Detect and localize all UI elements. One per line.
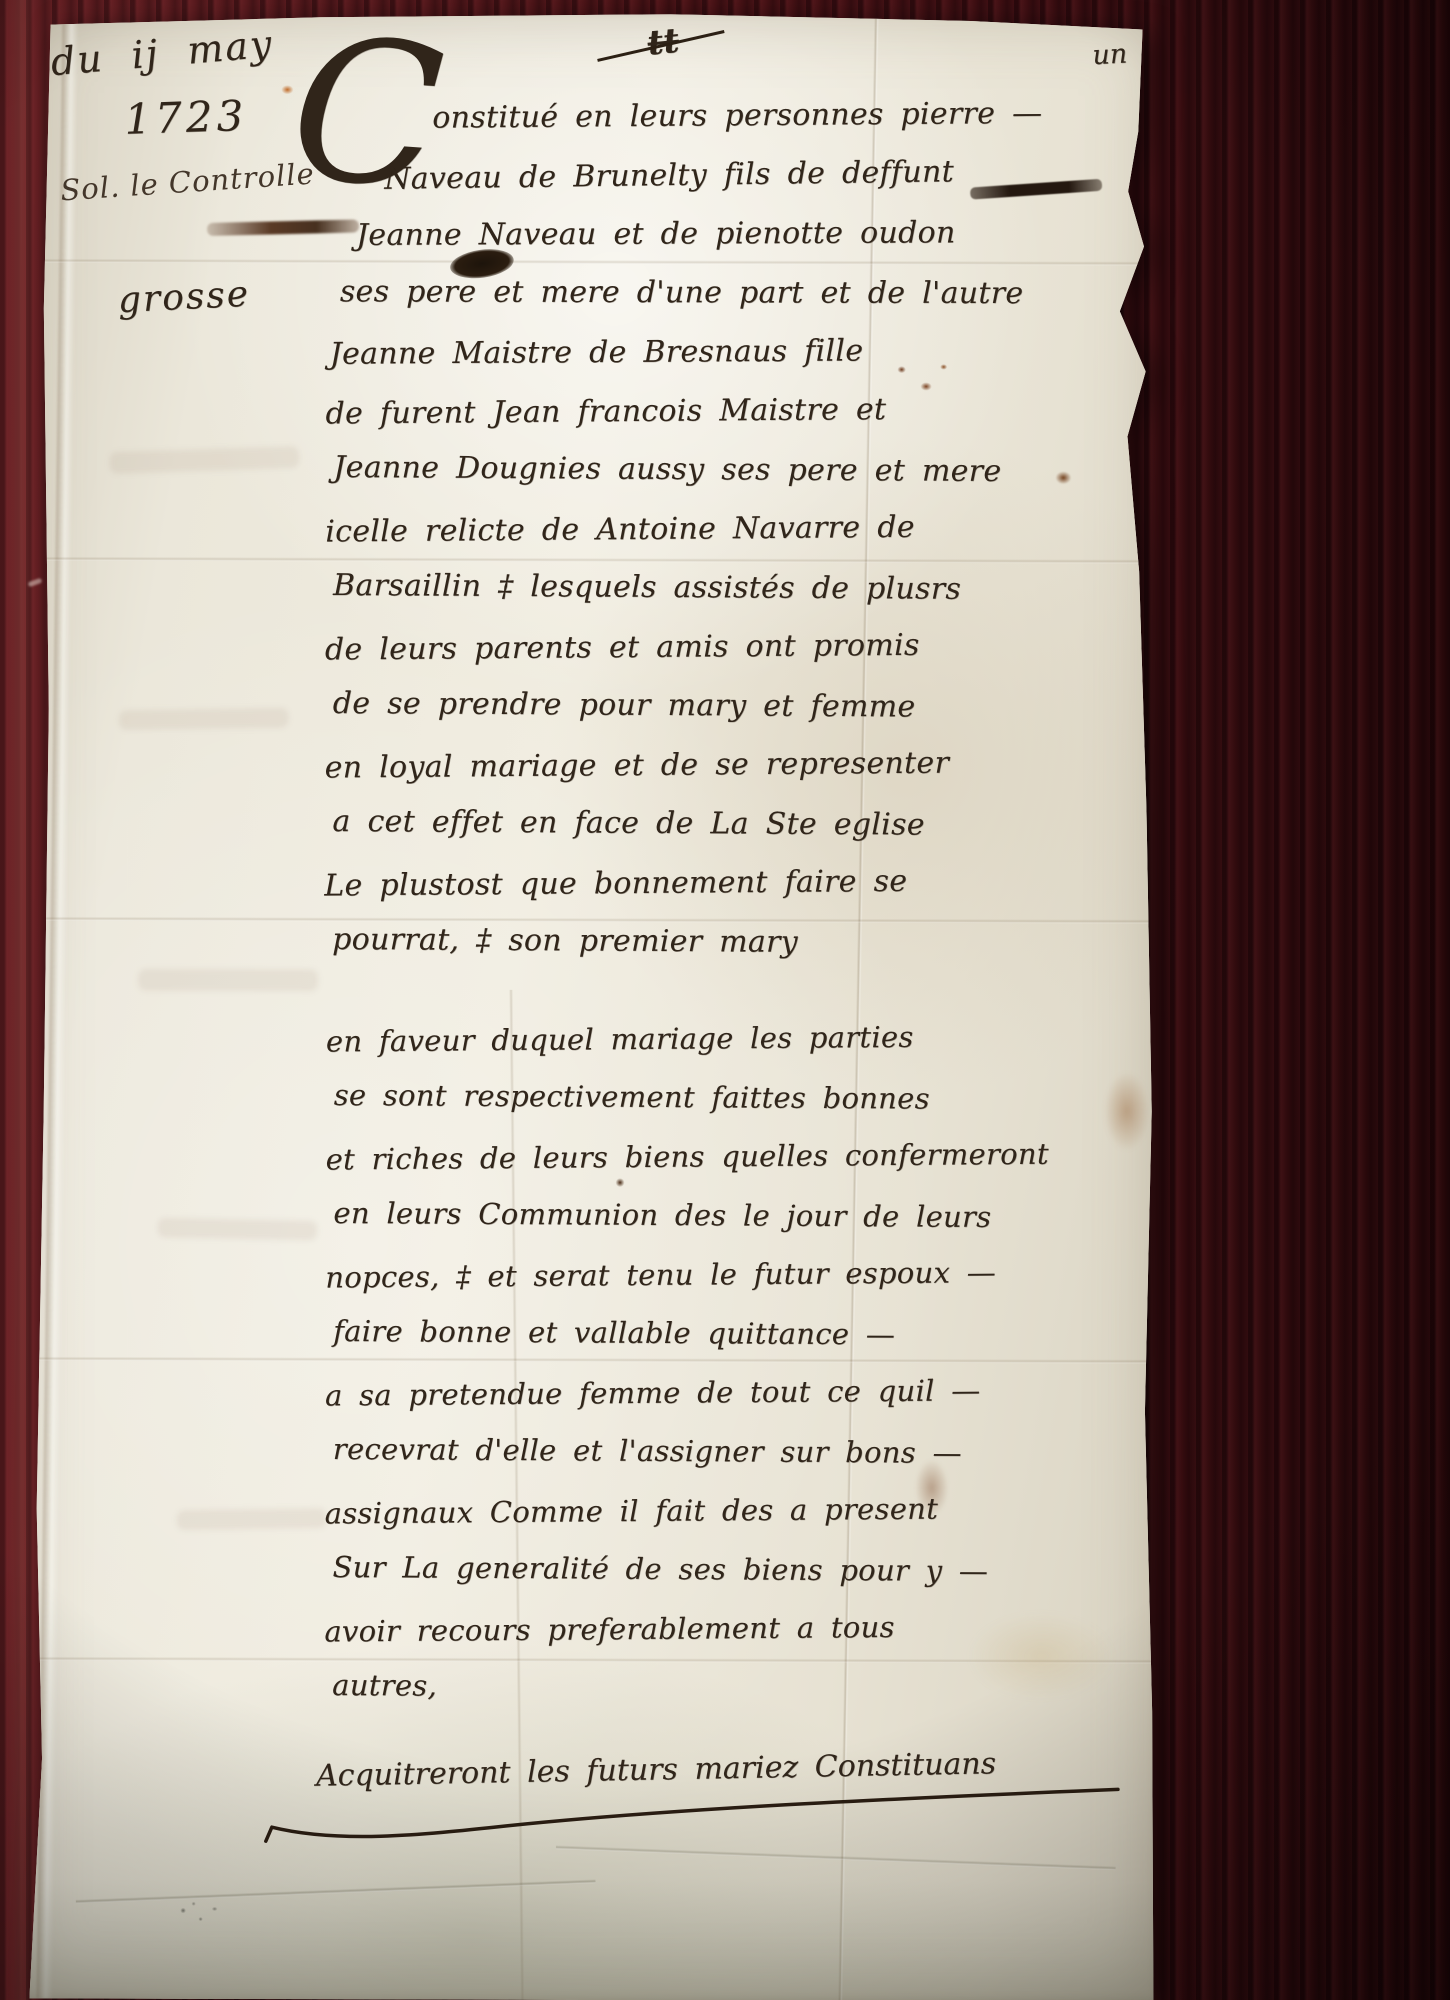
manuscript-line: a sa pretendue femme de tout ce quil — <box>317 1360 1129 1425</box>
manuscript-photo: du ij may 1723 Sol. le Controlle grosse … <box>0 0 1450 2000</box>
margin-date-note: du ij may <box>49 22 275 85</box>
manuscript-line: icelle relicte de Antoine Navarre de <box>319 496 1131 561</box>
margin-year-note: 1723 <box>124 91 248 144</box>
manuscript-body: onstitué en leurs personnes pierre —Nave… <box>316 85 1132 1799</box>
margin-grosse-note: grosse <box>117 274 251 322</box>
ink-bleedthrough <box>157 1217 317 1240</box>
ink-bleedthrough <box>109 446 300 474</box>
manuscript-line: assignaux Comme il fait des a present <box>316 1478 1128 1543</box>
closing-underlined-line: Acquitreront les futurs mariez Constitua… <box>316 1732 1129 1806</box>
manuscript-line: en loyal mariage et de se representer <box>318 732 1130 797</box>
manuscript-line: pourrat, ‡ son premier mary <box>318 910 1130 974</box>
paragraph-2: en faveur duquel mariage les partiesse s… <box>316 1008 1130 1718</box>
paper-fold-edge <box>37 9 79 1999</box>
manuscript-line: de leurs parents et amis ont promis <box>319 614 1131 679</box>
manuscript-line: de furent Jean francois Maistre et <box>319 378 1131 443</box>
stain <box>281 85 293 94</box>
manuscript-line: onstitué en leurs personnes pierre — <box>320 83 1132 148</box>
manuscript-line: Le plustost que bonnement faire se <box>318 850 1130 915</box>
manuscript-line: recevrat d'elle et l'assigner sur bons — <box>317 1420 1129 1484</box>
manuscript-line: se sont respectivement faittes bonnes <box>318 1066 1130 1130</box>
manuscript-line: ses pere et mere d'une part et de l'autr… <box>320 262 1132 323</box>
paper-sheet-wrap: du ij may 1723 Sol. le Controlle grosse … <box>0 0 1450 2000</box>
ink-bleedthrough <box>119 708 289 731</box>
paper-sheet: du ij may 1723 Sol. le Controlle grosse … <box>15 9 1162 2000</box>
manuscript-line: en leurs Communion des le jour de leurs <box>317 1184 1129 1248</box>
manuscript-line: faire bonne et vallable quittance — <box>317 1302 1129 1366</box>
bottom-shading <box>15 1879 1157 2000</box>
manuscript-line: Jeanne Maistre de Bresnaus fille <box>320 320 1132 384</box>
ink-bleedthrough <box>138 969 318 991</box>
manuscript-line: avoir recours preferablement a tous <box>316 1596 1128 1661</box>
stain <box>166 1897 236 1931</box>
ink-bleedthrough <box>177 1508 327 1530</box>
manuscript-line: et riches de leurs biens quelles conferm… <box>317 1124 1129 1189</box>
margin-control-note: Sol. le Controlle <box>59 156 315 207</box>
page-word: un <box>1092 39 1128 72</box>
manuscript-line: Sur La generalité de ses biens pour y — <box>316 1538 1128 1602</box>
paragraph-1: onstitué en leurs personnes pierre —Nave… <box>318 85 1132 972</box>
manuscript-line: Jeanne Naveau et de pienotte oudon <box>320 203 1132 266</box>
manuscript-line: a cet effet en face de La Ste eglise <box>318 792 1130 856</box>
manuscript-line: de se prendre pour mary et femme <box>319 674 1131 738</box>
manuscript-line: nopces, ‡ et serat tenu le futur espoux … <box>317 1242 1129 1307</box>
manuscript-line: en faveur duquel mariage les parties <box>318 1006 1130 1071</box>
renvoi-mark: tt <box>646 21 681 64</box>
crease <box>556 1845 1116 1870</box>
manuscript-line: Naveau de Brunelty fils de deffunt <box>320 140 1133 210</box>
manuscript-line: Barsaillin ‡ lesquels assistés de plusrs <box>319 556 1131 620</box>
manuscript-line: Jeanne Dougnies aussy ses pere et mere <box>319 438 1131 502</box>
crease <box>76 1879 596 1903</box>
manuscript-line: autres, <box>316 1656 1128 1720</box>
